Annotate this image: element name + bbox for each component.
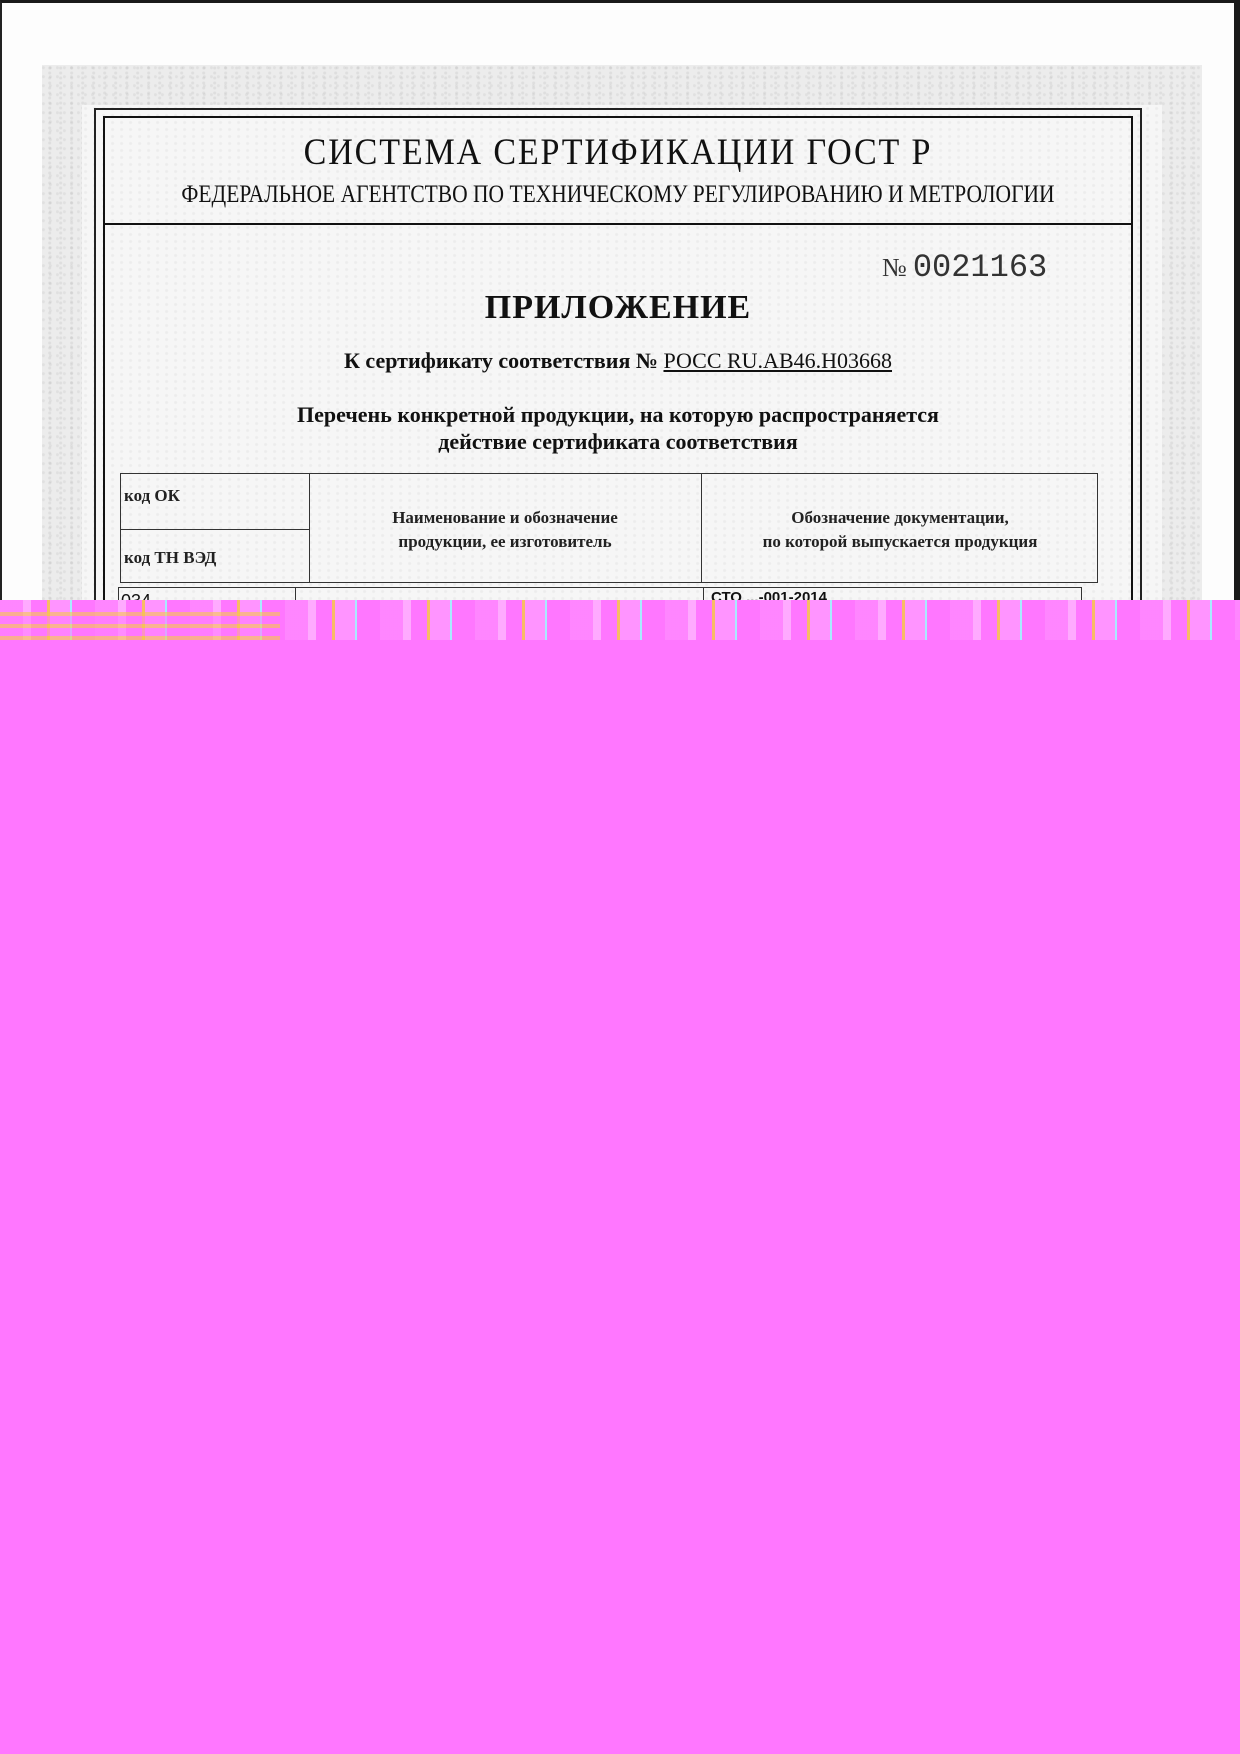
- number-sign: №: [882, 253, 907, 282]
- certificate-reference-label: К сертификату соответствия №: [344, 348, 658, 373]
- header-divider: [103, 223, 1133, 225]
- form-number-value: 0021163: [913, 249, 1047, 286]
- system-title: СИСТЕМА СЕРТИФИКАЦИИ ГОСТ Р: [144, 131, 1092, 174]
- header-code-ok: код ОК: [124, 486, 180, 506]
- product-table-header: код ОК код ТН ВЭД Наименование и обознач…: [120, 473, 1098, 583]
- header-code-tn-ved: код ТН ВЭД: [124, 548, 216, 568]
- header-documentation: Обозначение документации, по которой вып…: [701, 506, 1099, 554]
- certificate-reference-line: К сертификату соответствия № РОСС RU.АВ4…: [103, 348, 1133, 374]
- appendix-title: ПРИЛОЖЕНИЕ: [103, 289, 1133, 327]
- row-doc: СТО ...-001-2014: [711, 589, 827, 600]
- header-product-name: Наименование и обозначение продукции, ее…: [309, 506, 701, 554]
- certificate-reference-number: РОСС RU.АВ46.Н03668: [663, 348, 892, 373]
- corrupted-band-stripes: [0, 612, 280, 642]
- form-number: №0021163: [882, 249, 1047, 286]
- table-row: 034... СТО ...-001-2014: [118, 587, 1082, 600]
- corrupted-region: [0, 640, 1240, 1754]
- product-list-title: Перечень конкретной продукции, на котору…: [103, 401, 1133, 455]
- scanned-page: СИСТЕМА СЕРТИФИКАЦИИ ГОСТ Р ФЕДЕРАЛЬНОЕ …: [0, 0, 1240, 600]
- row-code: 034...: [121, 591, 166, 600]
- agency-name: ФЕДЕРАЛЬНОЕ АГЕНТСТВО ПО ТЕХНИЧЕСКОМУ РЕ…: [175, 181, 1061, 209]
